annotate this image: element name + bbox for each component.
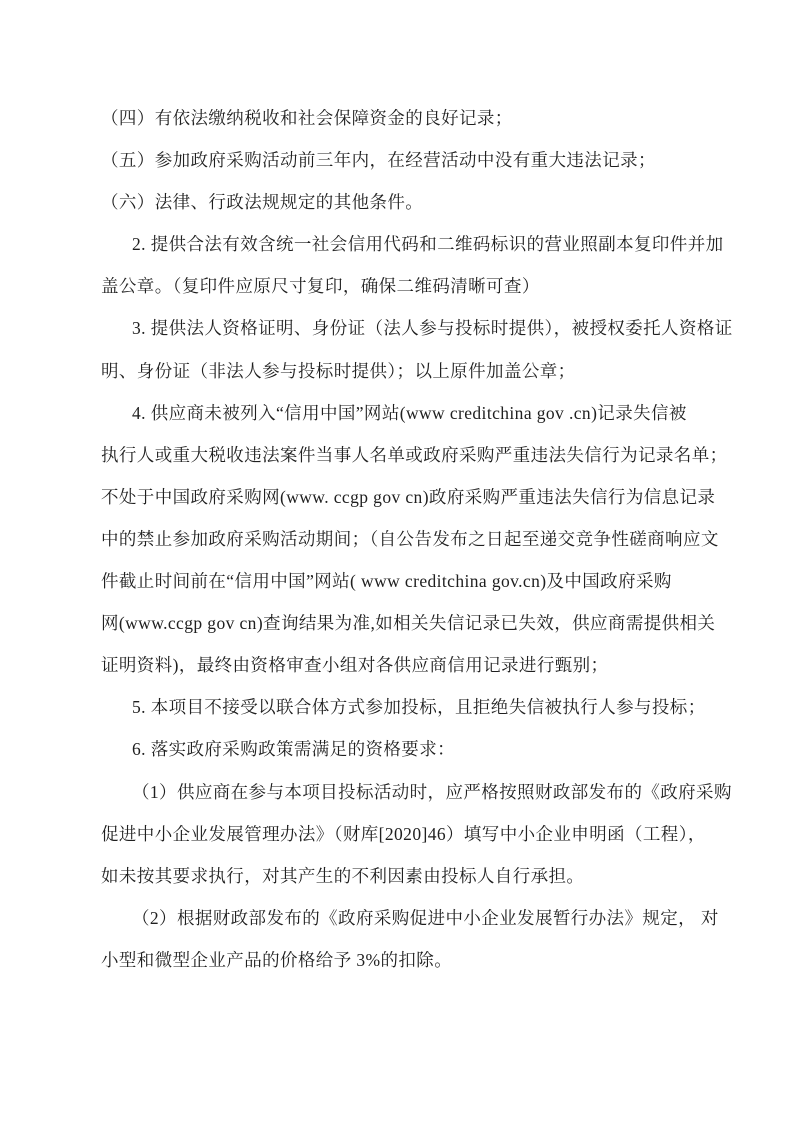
- document-body-text: （四）有依法缴纳税收和社会保障资金的良好记录； （五）参加政府采购活动前三年内，…: [101, 97, 693, 981]
- document-line: 2. 提供合法有效含统一社会信用代码和二维码标识的营业照副本复印件并加: [101, 223, 693, 265]
- document-line: （1）供应商在参与本项目投标活动时，应严格按照财政部发布的《政府采购: [101, 771, 693, 813]
- document-line: 执行人或重大税收违法案件当事人名单或政府采购严重违法失信行为记录名单；: [101, 434, 693, 476]
- document-line: （六）法律、行政法规规定的其他条件。: [101, 181, 693, 223]
- document-line: 促进中小企业发展管理办法》（财库[2020]46）填写中小企业申明函（工程），: [101, 813, 693, 855]
- document-line: 证明资料)，最终由资格审查小组对各供应商信用记录进行甄别；: [101, 644, 693, 686]
- document-line: 6. 落实政府采购政策需满足的资格要求：: [101, 728, 693, 770]
- document-line: （五）参加政府采购活动前三年内，在经营活动中没有重大违法记录；: [101, 139, 693, 181]
- document-line: 网(www.ccgp gov cn)查询结果为准,如相关失信记录已失效，供应商需…: [101, 602, 693, 644]
- document-line: 4. 供应商未被列入“信用中国”网站(www creditchina gov .…: [101, 392, 693, 434]
- document-line: 3. 提供法人资格证明、身份证（法人参与投标时提供），被授权委托人资格证: [101, 307, 693, 349]
- document-line: 明、身份证（非法人参与投标时提供）；以上原件加盖公章；: [101, 350, 693, 392]
- document-line: 件截止时间前在“信用中国”网站( www creditchina gov.cn)…: [101, 560, 693, 602]
- document-line: （2）根据财政部发布的《政府采购促进中小企业发展暂行办法》规定， 对: [101, 897, 693, 939]
- document-page: （四）有依法缴纳税收和社会保障资金的良好记录； （五）参加政府采购活动前三年内，…: [0, 0, 793, 1122]
- document-line: 不处于中国政府采购网(www. ccgp gov cn)政府采购严重违法失信行为…: [101, 476, 693, 518]
- document-line: （四）有依法缴纳税收和社会保障资金的良好记录；: [101, 97, 693, 139]
- document-line: 小型和微型企业产品的价格给予 3%的扣除。: [101, 939, 693, 981]
- document-line: 5. 本项目不接受以联合体方式参加投标，且拒绝失信被执行人参与投标；: [101, 686, 693, 728]
- document-line: 如未按其要求执行，对其产生的不利因素由投标人自行承担。: [101, 855, 693, 897]
- document-line: 中的禁止参加政府采购活动期间；（自公告发布之日起至递交竞争性磋商响应文: [101, 518, 693, 560]
- document-line: 盖公章。（复印件应原尺寸复印，确保二维码清晰可查）: [101, 265, 693, 307]
